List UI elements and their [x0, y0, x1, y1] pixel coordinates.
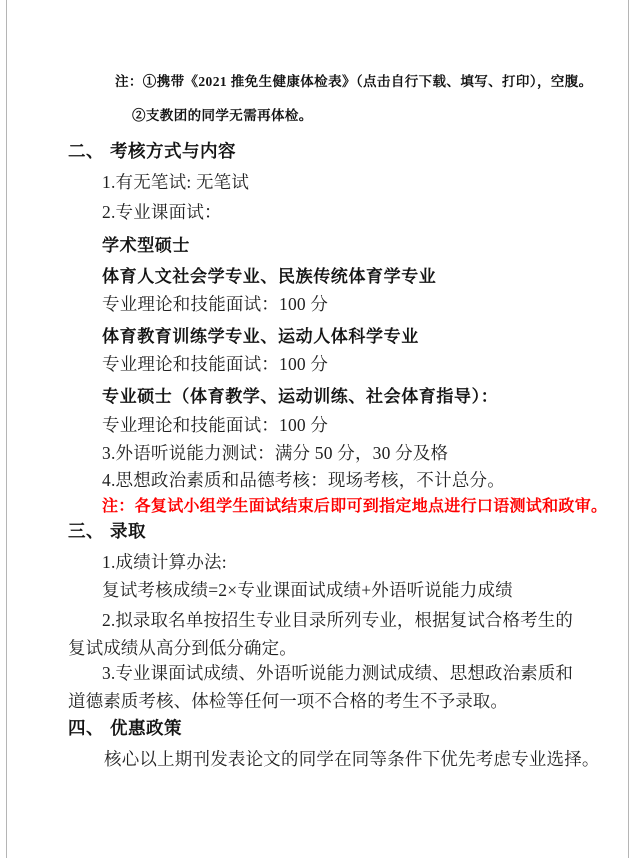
section-2-title: 考核方式与内容	[110, 141, 236, 161]
group-a-score: 专业理论和技能面试：100 分	[102, 291, 328, 316]
section-3-title: 录取	[110, 521, 146, 541]
group-b-score: 专业理论和技能面试：100 分	[102, 351, 328, 376]
professional-score: 专业理论和技能面试：100 分	[102, 412, 328, 437]
red-interview-note: 注：各复试小组学生面试结束后即可到指定地点进行口语测试和政审。	[102, 493, 607, 516]
academic-master-heading: 学术型硕士	[102, 231, 190, 256]
section-3-item-1: 1.成绩计算办法:	[102, 549, 227, 574]
section-4-heading: 四、优惠政策	[68, 715, 182, 740]
section-3-item-2: 2.拟录取名单按招生专业目录所列专业，根据复试合格考生的复试成绩从高分到低分确定…	[68, 606, 584, 662]
section-2-number: 二、	[68, 141, 104, 161]
section-2-item-4: 4.思想政治素质和品德考核：现场考核，不计总分。	[102, 467, 505, 492]
header-note-line1: 注：①携带《2021 推免生健康体检表》（点击自行下载、填写、打印），空腹。	[115, 70, 593, 90]
group-a-heading: 体育人文社会学专业、民族传统体育学专业	[102, 262, 436, 287]
section-4-title: 优惠政策	[110, 718, 182, 738]
section-3-heading: 三、录取	[68, 518, 146, 543]
section-3-number: 三、	[68, 521, 104, 541]
section-2-item-2: 2.专业课面试：	[102, 199, 222, 224]
document-page: 注：①携带《2021 推免生健康体检表》（点击自行下载、填写、打印），空腹。 ②…	[0, 0, 639, 858]
section-2-item-3: 3.外语听说能力测试：满分 50 分，30 分及格	[102, 440, 448, 465]
group-b-heading: 体育教育训练学专业、运动人体科学专业	[102, 322, 419, 347]
section-2-item-1: 1.有无笔试: 无笔试	[102, 169, 249, 194]
section-4-number: 四、	[68, 718, 104, 738]
score-formula: 复试考核成绩=2×专业课面试成绩+外语听说能力成绩	[102, 577, 513, 602]
section-2-heading: 二、考核方式与内容	[68, 138, 236, 163]
professional-master-heading: 专业硕士（体育教学、运动训练、社会体育指导）：	[102, 382, 498, 407]
header-note-line2: ②支教团的同学无需再体检。	[132, 104, 313, 124]
section-3-item-3: 3.专业课面试成绩、外语听说能力测试成绩、思想政治素质和道德素质考核、体检等任何…	[68, 659, 584, 715]
section-4-item-1: 核心以上期刊发表论文的同学在同等条件下优先考虑专业选择。	[104, 746, 600, 771]
